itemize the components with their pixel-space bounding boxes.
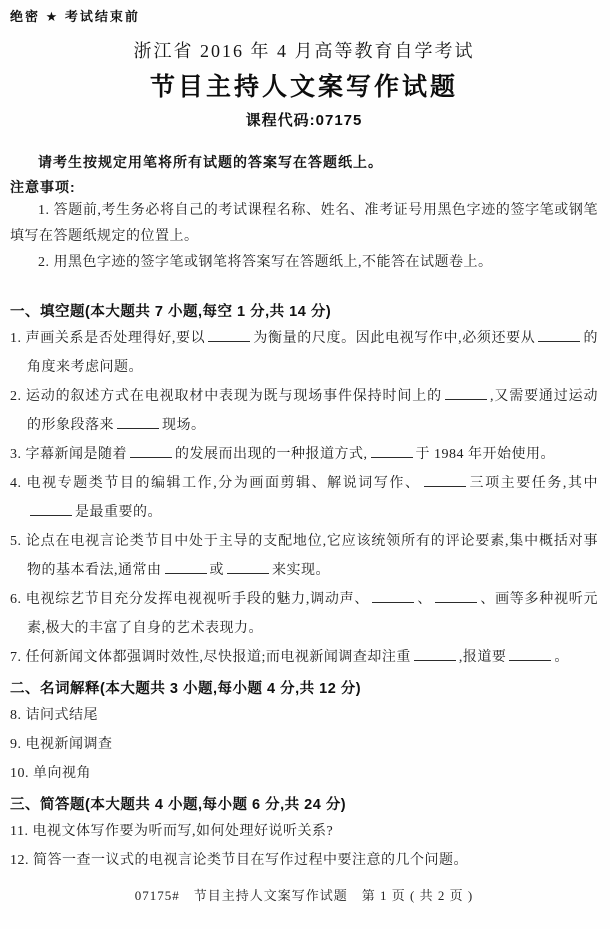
answer-blank-line [538, 328, 580, 342]
answer-blank-line [165, 560, 207, 574]
section-heading-term-explanation: 二、名词解释(本大题共 3 小题,每小题 4 分,共 12 分) [10, 677, 598, 701]
question-6: 6. 电视综艺节目充分发挥电视视听手段的魅力,调动声、、、画等多种视听元素,极大… [10, 585, 598, 643]
question-5: 5. 论点在电视言论类节目中处于主导的支配地位,它应该统领所有的评论要素,集中概… [10, 527, 598, 585]
notice-item-2: 2. 用黑色字迹的签字笔或钢笔将答案写在答题纸上,不能答在试题卷上。 [10, 250, 598, 276]
exam-name: 浙江省 2016 年 4 月高等教育自学考试 [10, 38, 598, 64]
answer-blank-line [117, 415, 159, 429]
answer-blank-line [445, 386, 487, 400]
notice-heading: 注意事项: [10, 176, 598, 198]
answer-blank-line [130, 444, 172, 458]
answer-blank-line [227, 560, 269, 574]
answer-blank-line [435, 589, 477, 603]
classification-label: 绝密 ★ 考试结束前 [10, 8, 598, 26]
exam-paper-document: 绝密 ★ 考试结束前 浙江省 2016 年 4 月高等教育自学考试 节目主持人文… [0, 0, 610, 929]
answer-blank-line [414, 647, 456, 661]
section-heading-short-answer: 三、简答题(本大题共 4 小题,每小题 6 分,共 24 分) [10, 793, 598, 817]
answer-blank-line [30, 502, 72, 516]
question-10: 10. 单向视角 [10, 759, 598, 788]
answer-blank-line [371, 444, 413, 458]
question-3: 3. 字幕新闻是随着的发展而出现的一种报道方式,于 1984 年开始使用。 [10, 440, 598, 469]
question-1: 1. 声画关系是否处理得好,要以为衡量的尺度。因此电视写作中,必须还要从的角度来… [10, 324, 598, 382]
notice-item-1: 1. 答题前,考生务必将自己的考试课程名称、姓名、准考证号用黑色字迹的签字笔或钢… [10, 198, 598, 250]
paper-title: 节目主持人文案写作试题 [10, 69, 598, 105]
answer-blank-line [509, 647, 551, 661]
answer-blank-line [208, 328, 250, 342]
answer-blank-line [424, 473, 466, 487]
question-8: 8. 诘问式结尾 [10, 701, 598, 730]
course-code: 课程代码:07175 [10, 110, 598, 132]
question-2: 2. 运动的叙述方式在电视取材中表现为既与现场事件保持时间上的,又需要通过运动的… [10, 382, 598, 440]
section-heading-fill-in-blank: 一、填空题(本大题共 7 小题,每空 1 分,共 14 分) [10, 300, 598, 324]
answer-blank-line [372, 589, 414, 603]
question-7: 7. 任何新闻文体都强调时效性,尽快报道;而电视新闻调查却注重,报道要。 [10, 643, 598, 672]
page-footer: 07175# 节目主持人文案写作试题 第 1 页 ( 共 2 页 ) [10, 887, 598, 905]
notice-lead: 请考生按规定用笔将所有试题的答案写在答题纸上。 [10, 150, 598, 174]
question-4: 4. 电视专题类节目的编辑工作,分为画面剪辑、解说词写作、三项主要任务,其中是最… [10, 469, 598, 527]
question-11: 11. 电视文体写作要为听而写,如何处理好说听关系? [10, 817, 598, 846]
question-12: 12. 简答一查一议式的电视言论类节目在写作过程中要注意的几个问题。 [10, 846, 598, 875]
question-9: 9. 电视新闻调查 [10, 730, 598, 759]
